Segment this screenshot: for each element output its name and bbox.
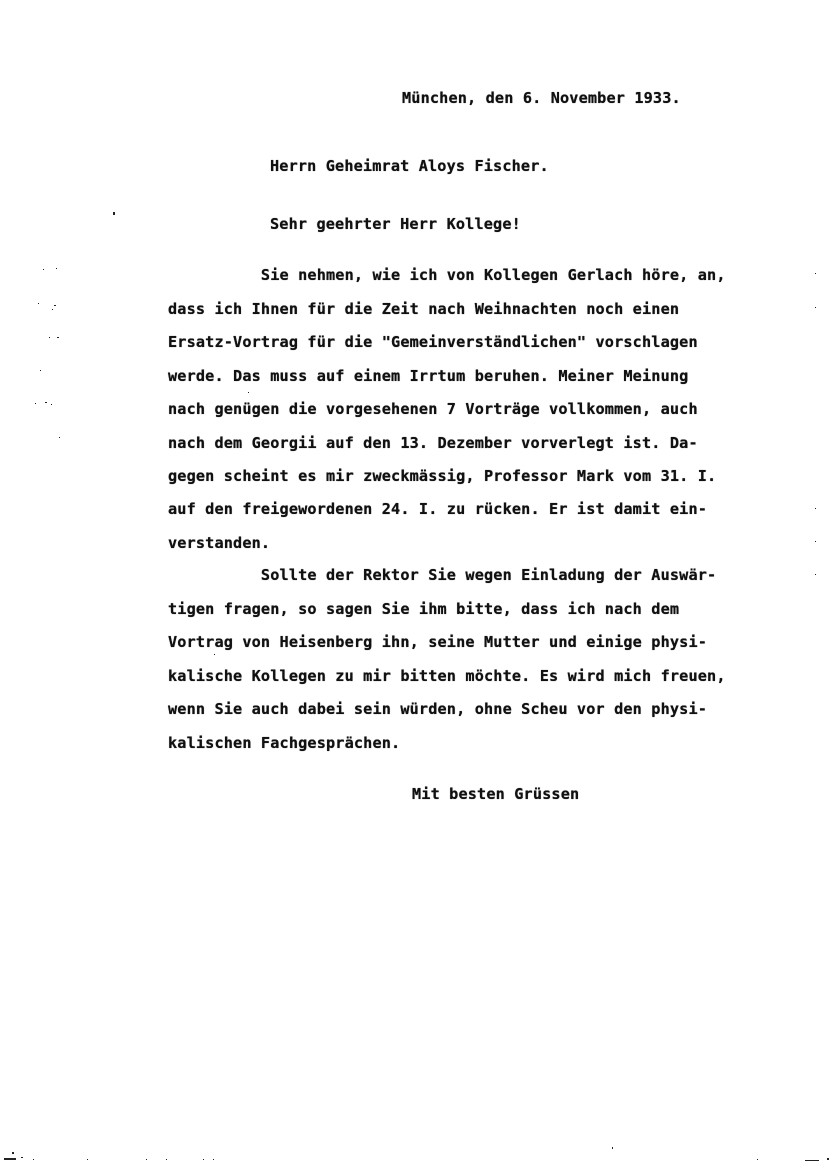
speck <box>12 1152 14 1154</box>
salutation: Sehr geehrter Herr Kollege! <box>270 215 521 233</box>
body-line: gegen scheint es mir zweckmässig, Profes… <box>168 467 716 485</box>
speck <box>166 1159 167 1160</box>
body-line: werde. Das muss auf einem Irrtum beruhen… <box>168 367 688 385</box>
closing-line: Mit besten Grüssen <box>412 785 579 803</box>
body-line: Sollte der Rektor Sie wegen Einladung de… <box>168 566 716 584</box>
speck <box>214 654 215 655</box>
body-line: kalischen Fachgesprächen. <box>168 734 400 752</box>
body-line: Vortrag von Heisenberg ihn, seine Mutter… <box>168 633 707 651</box>
speck <box>213 1159 214 1160</box>
speck <box>815 273 816 274</box>
speck <box>4 1158 16 1160</box>
speck <box>203 1159 204 1160</box>
speck <box>815 307 816 308</box>
body-line: auf den freigewordenen 24. I. zu rücken.… <box>168 500 707 518</box>
speck <box>805 1160 819 1161</box>
body-line: wenn Sie auch dabei sein würden, ohne Sc… <box>168 700 707 718</box>
speck <box>35 403 36 404</box>
speck <box>51 404 52 405</box>
speck <box>57 337 59 338</box>
dateline: München, den 6. November 1933. <box>402 89 681 107</box>
speck <box>56 268 57 269</box>
speck <box>146 1159 147 1160</box>
speck <box>49 337 50 338</box>
body-line: Sie nehmen, wie ich von Kollegen Gerlach… <box>168 266 726 284</box>
body-line: tigen fragen, so sagen Sie ihm bitte, da… <box>168 600 679 618</box>
speck <box>815 508 816 509</box>
speck <box>815 574 816 575</box>
speck <box>52 309 53 310</box>
letter-page: München, den 6. November 1933. Herrn Geh… <box>0 0 835 1169</box>
body-line: Ersatz-Vortrag für die "Gemeinverständli… <box>168 333 698 351</box>
body-line: dass ich Ihnen für die Zeit nach Weihnac… <box>168 300 679 318</box>
speck <box>21 1157 23 1158</box>
speck <box>612 1147 613 1149</box>
body-line: kalische Kollegen zu mir bitten möchte. … <box>168 667 726 685</box>
speck <box>87 1159 88 1160</box>
body-line: nach genügen die vorgesehenen 7 Vorträge… <box>168 400 698 418</box>
body-line: verstanden. <box>168 534 270 552</box>
body-line: nach dem Georgii auf den 13. Dezember vo… <box>168 434 698 452</box>
speck <box>54 305 56 306</box>
speck <box>43 269 44 270</box>
speck <box>40 370 41 371</box>
speck <box>59 437 60 438</box>
speck <box>113 212 115 215</box>
speck <box>248 392 249 393</box>
recipient-line: Herrn Geheimrat Aloys Fischer. <box>270 157 549 175</box>
speck <box>38 303 39 304</box>
speck <box>827 1158 829 1160</box>
speck <box>757 1159 758 1160</box>
speck <box>33 1159 34 1160</box>
speck <box>815 541 816 542</box>
speck <box>45 402 47 403</box>
